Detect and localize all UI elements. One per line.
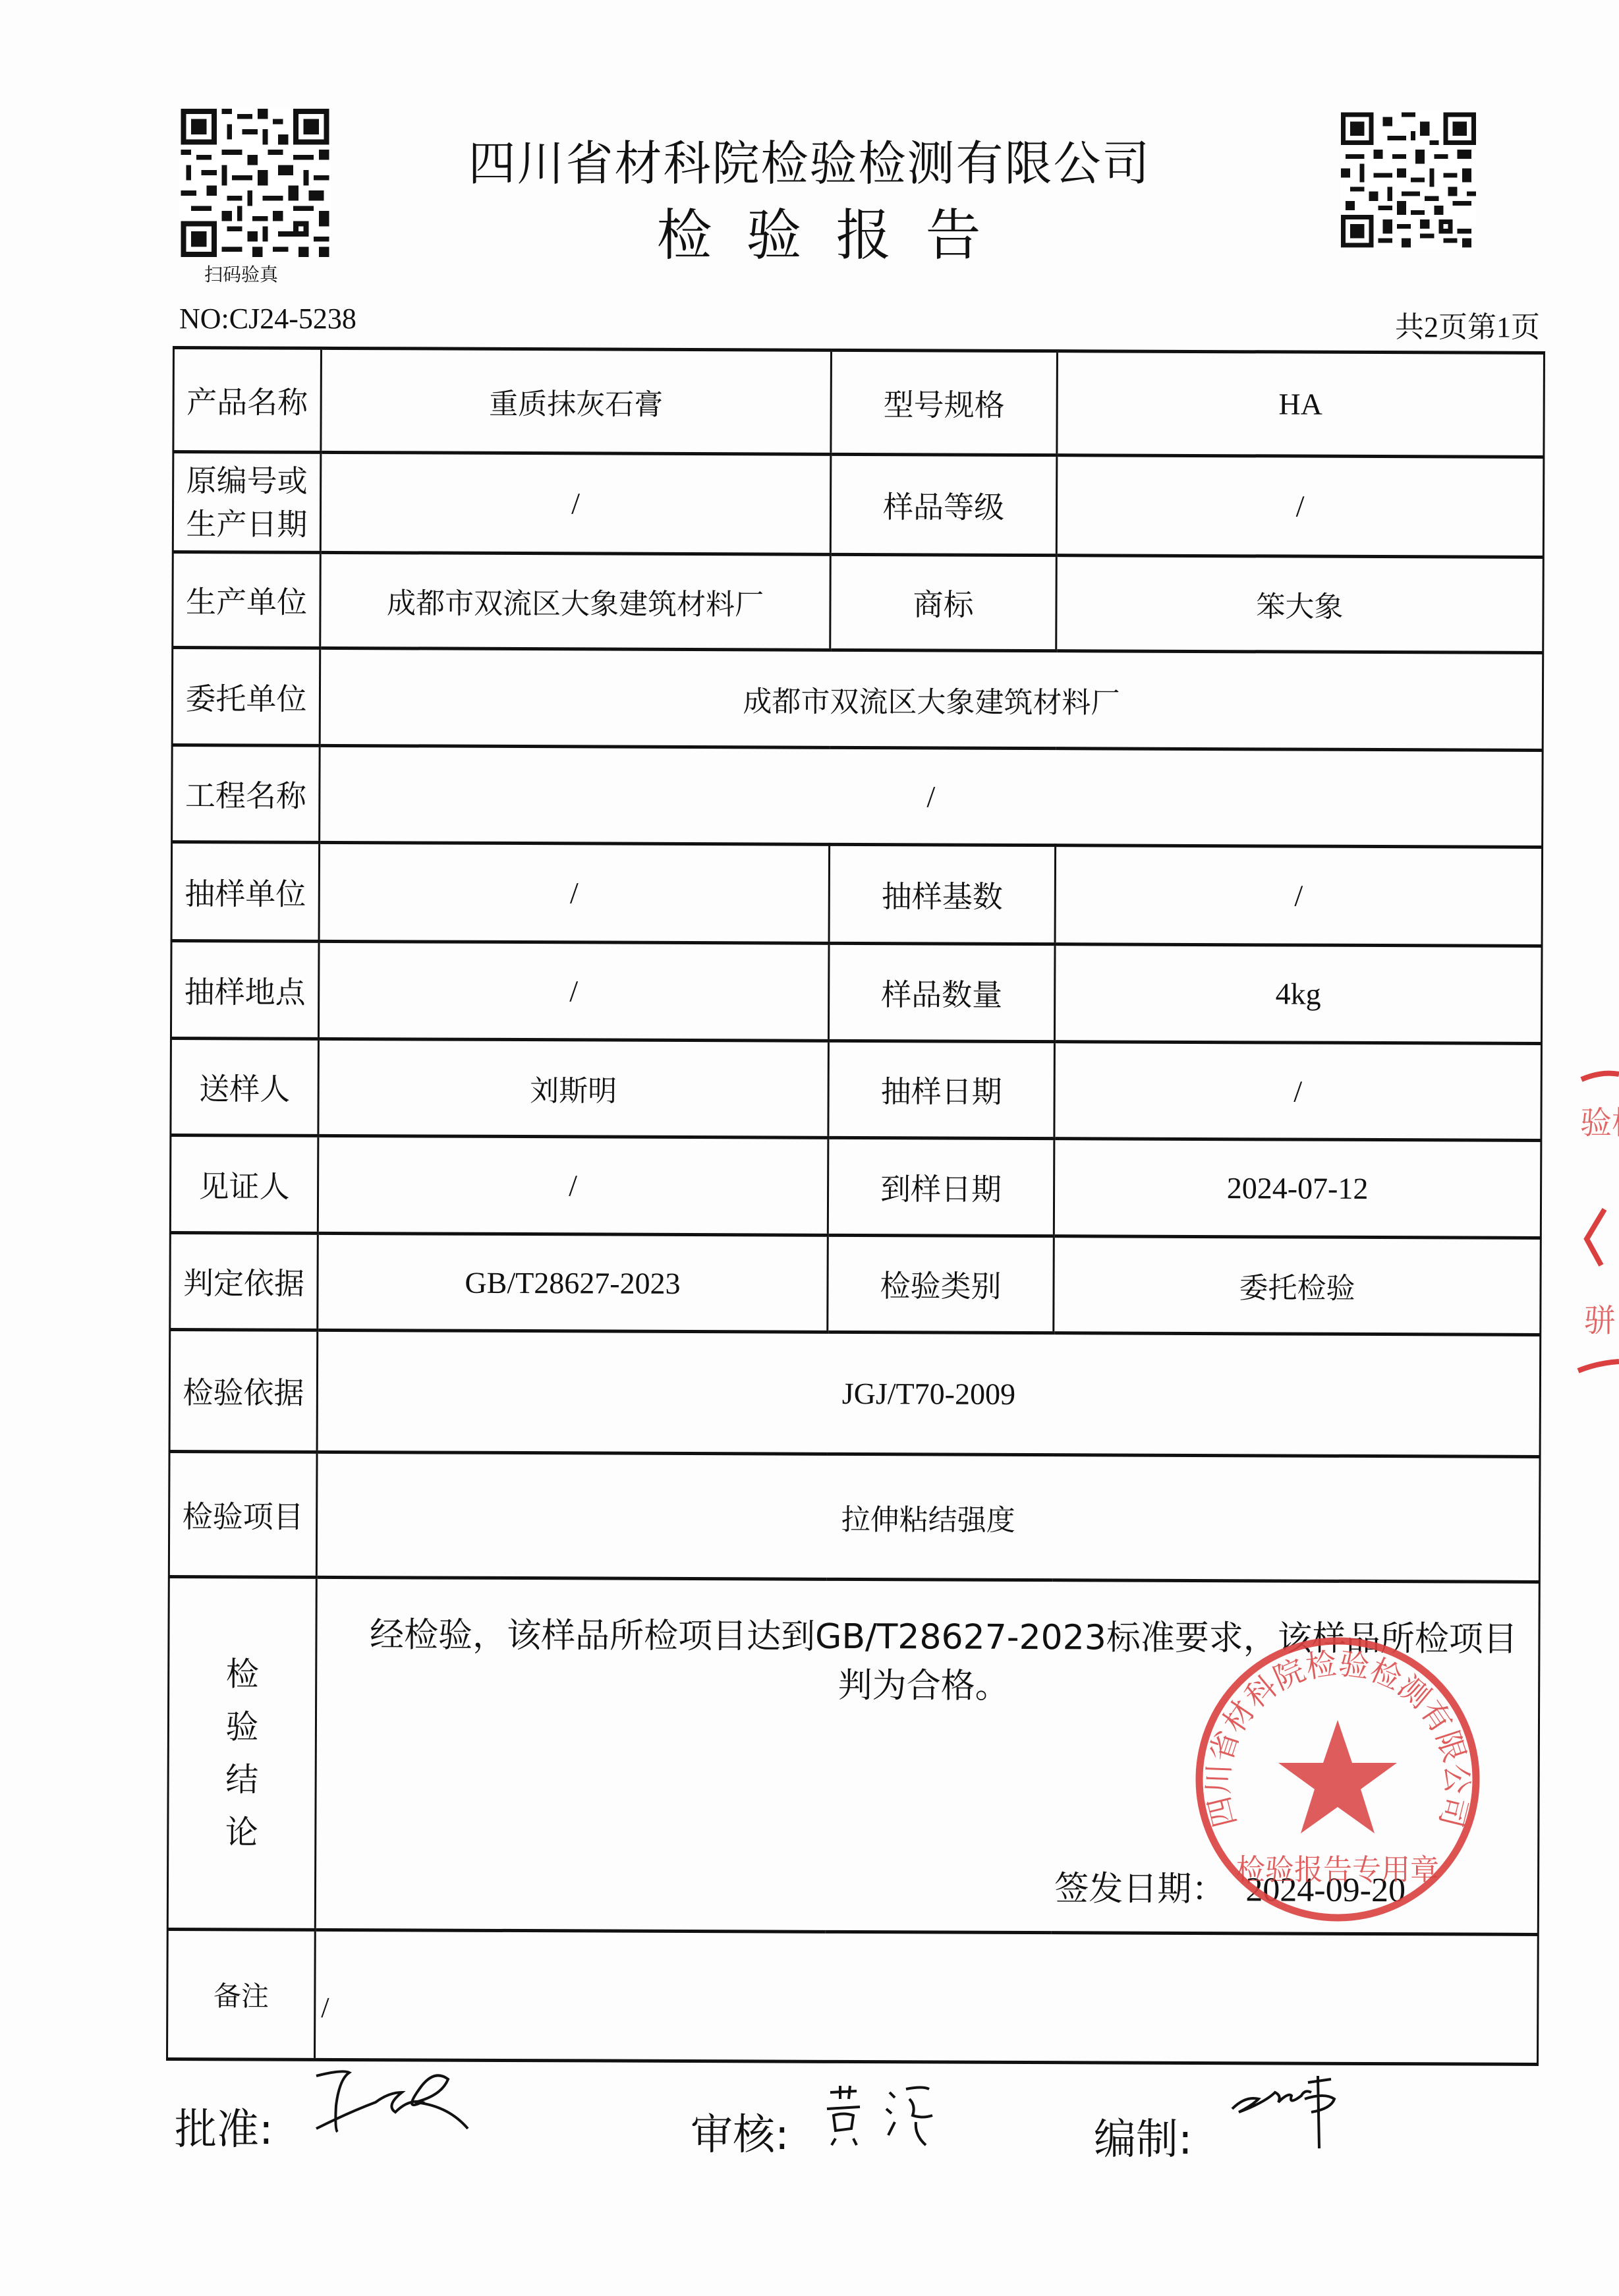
conclusion-text: 经检验，该样品所检项目达到GB/T28627-2023标准要求，该样品所检项目判… — [325, 1611, 1523, 1713]
issue-date: 签发日期：2024-09-20 — [1054, 1860, 1406, 1911]
label-orig-no-or-date: 原编号或 生产日期 — [173, 452, 321, 553]
table-row: 委托单位 成都市双流区大象建筑材料厂 — [172, 648, 1543, 751]
label-witness: 见证人 — [170, 1135, 318, 1233]
label-product-name: 产品名称 — [173, 348, 322, 453]
table-row: 生产单位 成都市双流区大象建筑材料厂 商标 笨大象 — [173, 552, 1544, 653]
label-trademark: 商标 — [830, 554, 1057, 650]
value-sampling-unit: / — [319, 842, 830, 943]
table-row: 备注 / — [167, 1929, 1539, 2064]
label-client: 委托单位 — [172, 648, 320, 746]
svg-text:骈: 骈 — [1584, 1302, 1616, 1339]
value-manufacturer: 成都市双流区大象建筑材料厂 — [320, 552, 831, 650]
label-line: 原编号或 — [186, 463, 308, 499]
value-project-name: / — [320, 745, 1543, 847]
value-orig-no-or-date: / — [320, 452, 831, 554]
table-row: 见证人 / 到样日期 2024-07-12 — [170, 1135, 1541, 1238]
value-sample-qty: 4kg — [1054, 944, 1542, 1044]
value-test-items: 拉伸粘结强度 — [316, 1452, 1540, 1582]
value-trademark: 笨大象 — [1056, 556, 1544, 653]
table-row: 检验结论 经检验，该样品所检项目达到GB/T28627-2023标准要求，该样品… — [167, 1576, 1539, 1934]
table-row: 工程名称 / — [172, 745, 1543, 847]
label-judgement-basis: 判定依据 — [170, 1232, 318, 1330]
value-remark: / — [321, 1991, 329, 2024]
report-title: 检验报告 — [0, 191, 1619, 271]
conclusion-cell: 经检验，该样品所检项目达到GB/T28627-2023标准要求，该样品所检项目判… — [315, 1577, 1539, 1934]
label-submitter: 送样人 — [171, 1038, 319, 1135]
value-test-basis: JGJ/T70-2009 — [317, 1330, 1541, 1456]
seam-stamp-fragment: 验检 骈 — [1575, 1068, 1619, 1377]
table-row: 检验项目 拉伸粘结强度 — [169, 1451, 1540, 1582]
table-row: 抽样地点 / 样品数量 4kg — [171, 940, 1542, 1043]
table-row: 产品名称 重质抹灰石膏 型号规格 HA — [173, 348, 1545, 457]
label-model-spec: 型号规格 — [831, 350, 1058, 455]
label-sampling-site: 抽样地点 — [171, 940, 319, 1039]
report-number: NO:CJ24-5238 — [179, 302, 356, 335]
approve-label: 批准: — [175, 2096, 273, 2156]
label-remark: 备注 — [167, 1929, 316, 2059]
table-row: 检验依据 JGJ/T70-2009 — [169, 1329, 1541, 1456]
table-row: 抽样单位 / 抽样基数 / — [171, 842, 1543, 946]
value-sampling-base: / — [1055, 846, 1543, 946]
label-sample-grade: 样品等级 — [830, 454, 1057, 555]
value-judgement-basis: GB/T28627-2023 — [318, 1233, 828, 1332]
value-sampling-site: / — [318, 941, 829, 1041]
label-sampling-unit: 抽样单位 — [171, 842, 320, 942]
label-test-items: 检验项目 — [169, 1451, 317, 1577]
label-char: 检验结论 — [225, 1648, 259, 1858]
issue-date-value: 2024-09-20 — [1245, 1871, 1406, 1909]
label-sampling-date: 抽样日期 — [828, 1041, 1055, 1138]
review-label: 审核: — [691, 2101, 789, 2162]
label-conclusion: 检验结论 — [167, 1576, 316, 1930]
value-client: 成都市双流区大象建筑材料厂 — [320, 648, 1543, 750]
label-manufacturer: 生产单位 — [173, 552, 321, 648]
issue-date-label: 签发日期： — [1054, 1869, 1226, 1909]
label-arrival-date: 到样日期 — [828, 1137, 1054, 1236]
reviewer-signature — [817, 2079, 949, 2152]
company-name: 四川省材科院检验检测有限公司 — [0, 125, 1619, 194]
table-row: 送样人 刘斯明 抽样日期 / — [171, 1038, 1542, 1140]
value-sampling-date: / — [1054, 1042, 1542, 1141]
value-witness: / — [318, 1135, 828, 1235]
table-row: 判定依据 GB/T28627-2023 检验类别 委托检验 — [170, 1232, 1541, 1335]
approver-signature — [303, 2066, 494, 2138]
table-row: 原编号或 生产日期 / 样品等级 / — [173, 452, 1544, 558]
label-test-basis: 检验依据 — [169, 1329, 318, 1452]
report-table: 产品名称 重质抹灰石膏 型号规格 HA 原编号或 生产日期 / 样品等级 / 生… — [166, 346, 1545, 2066]
label-line: 生产日期 — [186, 506, 307, 542]
label-test-category: 检验类别 — [828, 1235, 1054, 1333]
value-submitter: 刘斯明 — [318, 1039, 829, 1137]
label-project-name: 工程名称 — [172, 745, 320, 843]
page-indicator: 共2页第1页 — [1395, 303, 1540, 345]
label-sampling-base: 抽样基数 — [829, 844, 1056, 944]
value-arrival-date: 2024-07-12 — [1054, 1139, 1541, 1238]
label-sample-qty: 样品数量 — [828, 943, 1055, 1041]
compiler-signature — [1226, 2069, 1344, 2155]
remark-cell: / — [315, 1930, 1539, 2064]
value-sample-grade: / — [1056, 455, 1544, 558]
value-model-spec: HA — [1057, 351, 1545, 457]
value-test-category: 委托检验 — [1054, 1236, 1541, 1335]
compile-label: 编制: — [1094, 2106, 1193, 2166]
value-product-name: 重质抹灰石膏 — [321, 348, 832, 454]
svg-text:验检: 验检 — [1580, 1105, 1619, 1141]
